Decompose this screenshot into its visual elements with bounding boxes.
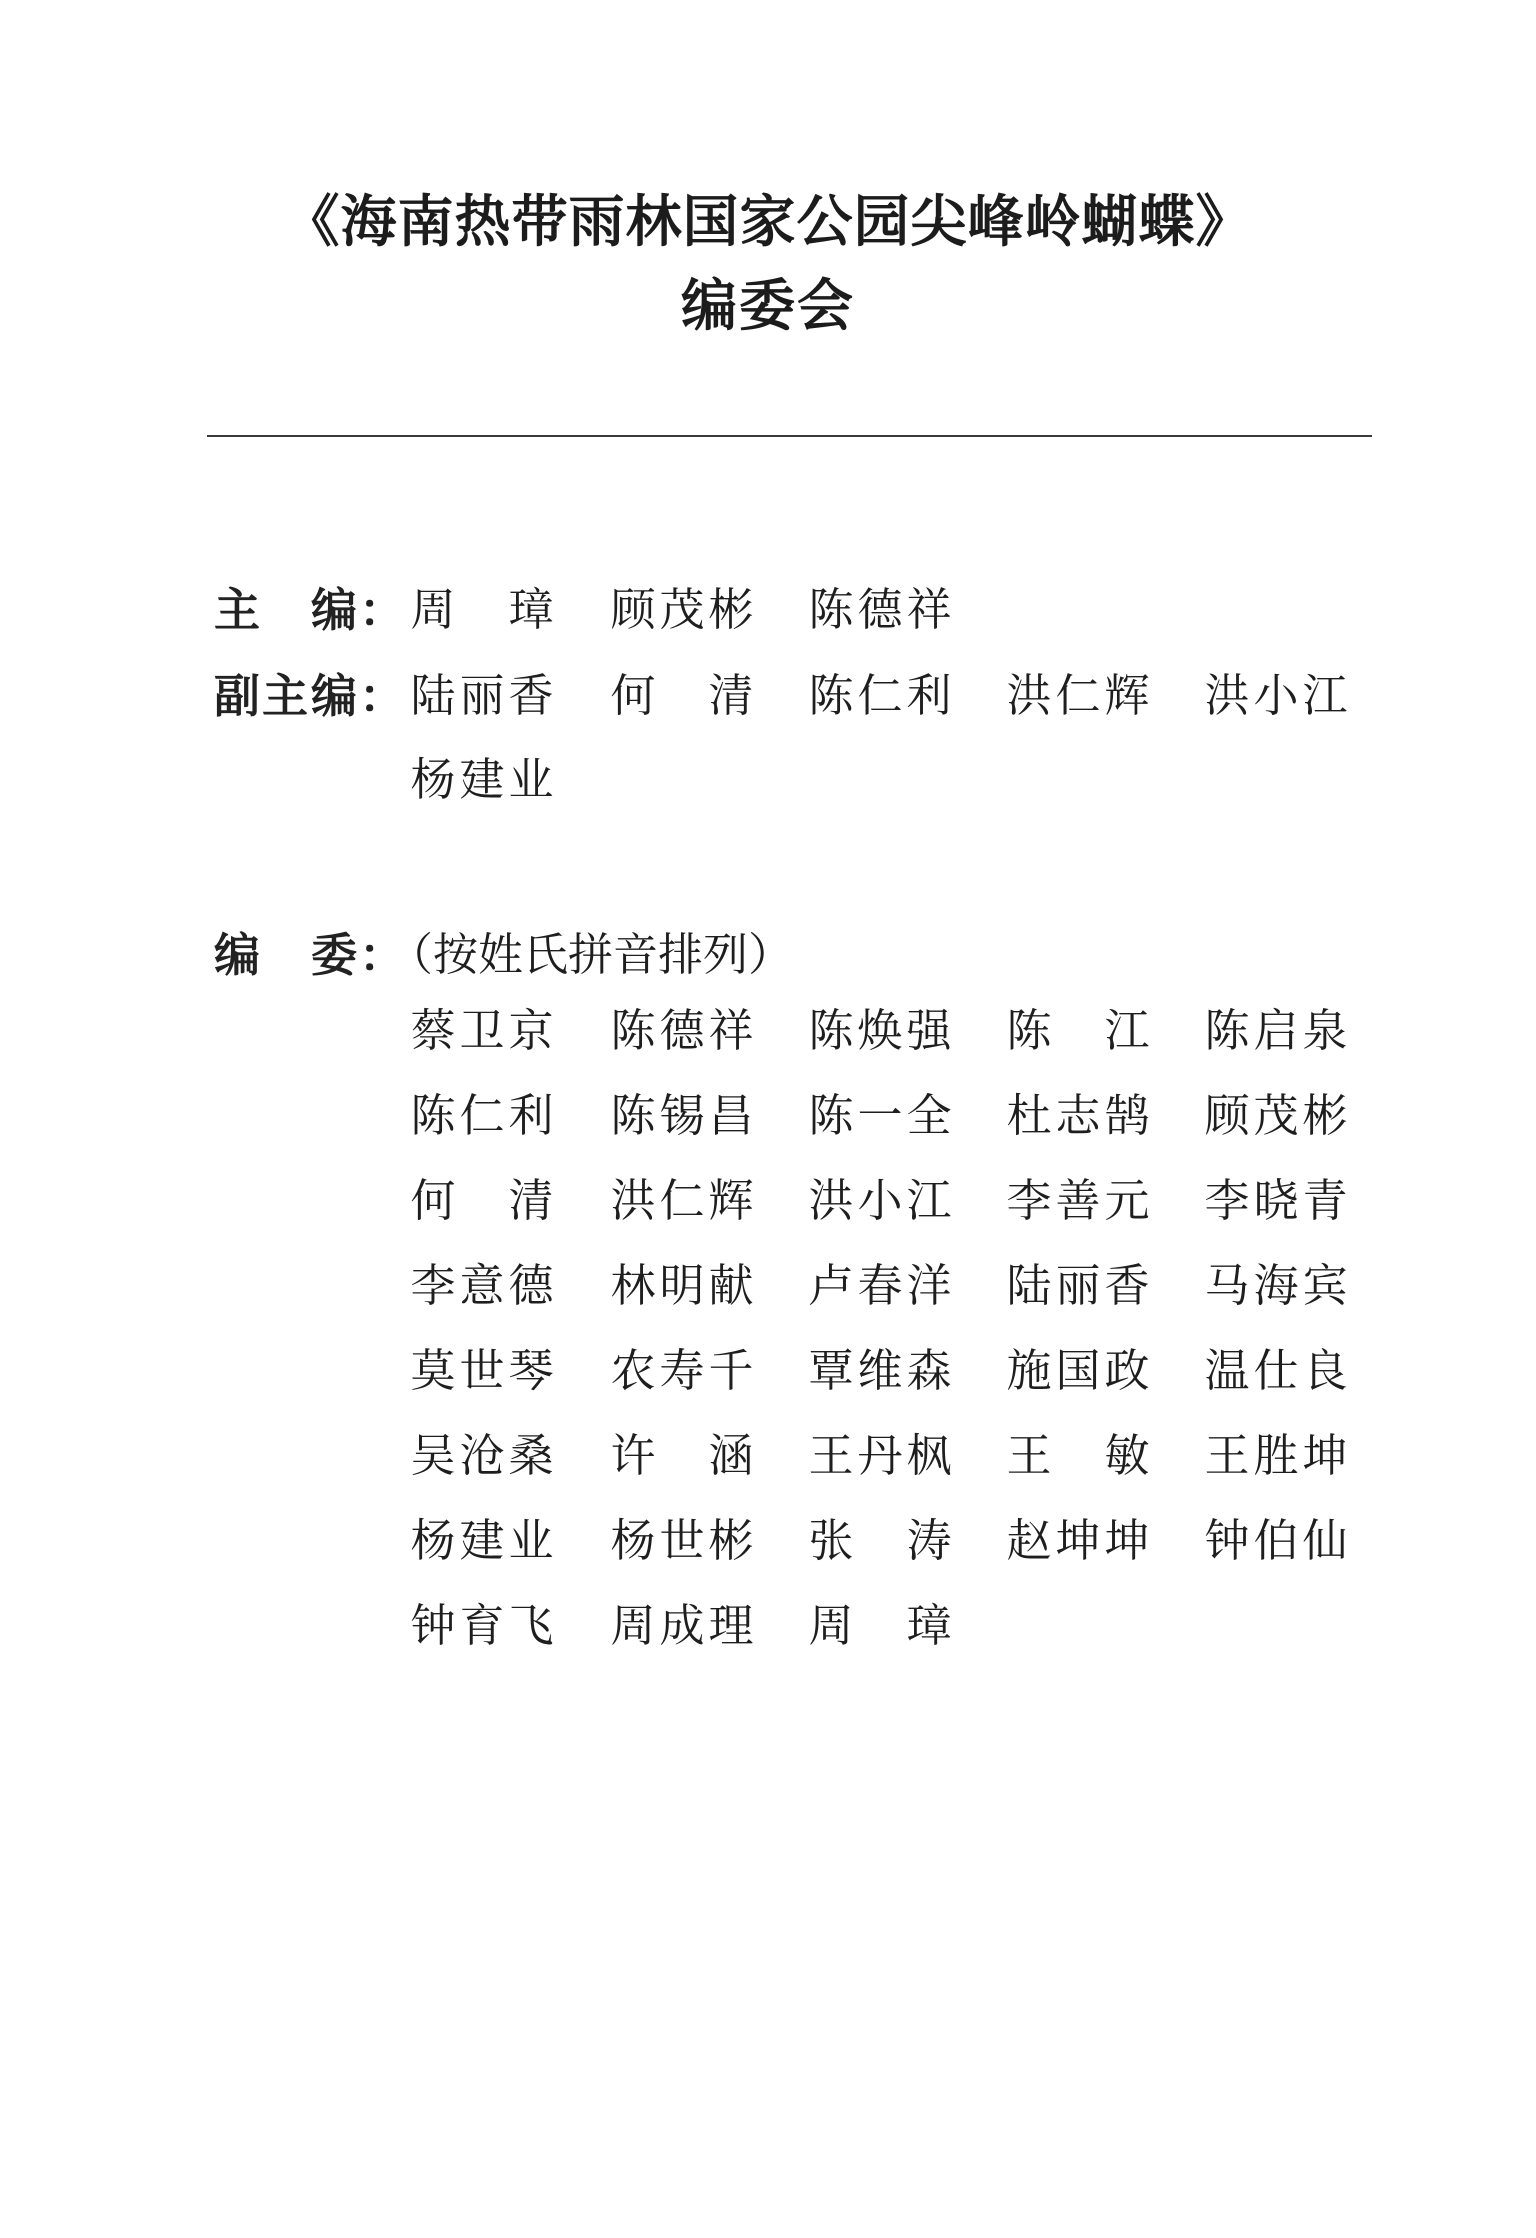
name-char: 沧: [458, 1428, 506, 1484]
name-char: 青: [1301, 1173, 1349, 1229]
name-char: 飞: [507, 1598, 555, 1654]
person-name: 洪仁辉: [609, 1173, 755, 1229]
person-name: 李晓青: [1203, 1173, 1349, 1229]
sort-order-note: （按姓氏拼音排列）: [388, 927, 793, 983]
name-char: 洪: [807, 1173, 855, 1229]
name-char: 政: [1103, 1343, 1151, 1399]
name-char: 仁: [1054, 668, 1102, 724]
label-char: 副: [213, 668, 261, 724]
label-char: 主: [213, 582, 261, 638]
name-char: 启: [1252, 1003, 1300, 1059]
name-char: 施: [1005, 1343, 1053, 1399]
name-char: 丹: [856, 1428, 904, 1484]
committee-members-label-row: 编委：（按姓氏拼音排列）: [0, 927, 1536, 983]
name-char: 锡: [658, 1088, 706, 1144]
name-char: 香: [1103, 1258, 1151, 1314]
person-name: 李善元: [1005, 1173, 1151, 1229]
name-char: 明: [658, 1258, 706, 1314]
name-char: 江: [1301, 668, 1349, 724]
person-name: 陈启泉: [1203, 1003, 1349, 1059]
person-name: 温仕良: [1203, 1343, 1349, 1399]
name-row: 杨建业: [0, 752, 1536, 808]
name-char: 杨: [409, 752, 457, 808]
person-name: 陆丽香: [1005, 1258, 1151, 1314]
person-name: 顾茂彬: [1203, 1088, 1349, 1144]
person-name: 覃维森: [807, 1343, 953, 1399]
chief-editors-label-row: 主编：周璋顾茂彬陈德祥: [0, 582, 1536, 638]
name-char: 陈: [409, 1088, 457, 1144]
person-name: 陈焕强: [807, 1003, 953, 1059]
label-char: 编: [213, 927, 261, 983]
name-char: 意: [458, 1258, 506, 1314]
name-char: 杜: [1005, 1088, 1053, 1144]
name-char: 周: [409, 582, 457, 638]
label-char: 编: [310, 582, 358, 638]
name-char: 茂: [1252, 1088, 1300, 1144]
name-char: 辉: [1103, 668, 1151, 724]
name-char: 世: [458, 1343, 506, 1399]
person-name: 周璋: [409, 582, 555, 638]
name-char: 杨: [409, 1513, 457, 1569]
person-name: 马海宾: [1203, 1258, 1349, 1314]
name-char: 利: [905, 668, 953, 724]
name-char: 坤: [1054, 1513, 1102, 1569]
name-char: 王: [807, 1428, 855, 1484]
name-char: 香: [507, 668, 555, 724]
person-name: 陈仁利: [409, 1088, 555, 1144]
name-char: 德: [658, 1003, 706, 1059]
name-char: 杨: [609, 1513, 657, 1569]
name-char: 李: [409, 1258, 457, 1314]
name-char: 京: [507, 1003, 555, 1059]
name-char: 世: [658, 1513, 706, 1569]
name-char: 鹄: [1103, 1088, 1151, 1144]
name-char: 洪: [1203, 668, 1251, 724]
person-name: 杜志鹄: [1005, 1088, 1151, 1144]
name-row: 李意德林明献卢春洋陆丽香马海宾: [0, 1258, 1536, 1314]
name-char: 洪: [1005, 668, 1053, 724]
name-char: 覃: [807, 1343, 855, 1399]
person-name: 洪小江: [807, 1173, 953, 1229]
name-char: 辉: [707, 1173, 755, 1229]
name-char: 仁: [658, 1173, 706, 1229]
name-char: 钟: [409, 1598, 457, 1654]
name-char: 坤: [1103, 1513, 1151, 1569]
name-char: 马: [1203, 1258, 1251, 1314]
name-char: 千: [707, 1343, 755, 1399]
name-char: 伯: [1252, 1513, 1300, 1569]
person-name: 莫世琴: [409, 1343, 555, 1399]
name-char: 成: [658, 1598, 706, 1654]
name-char: 农: [609, 1343, 657, 1399]
name-char: 善: [1054, 1173, 1102, 1229]
label-char: 编: [310, 668, 358, 724]
name-char: 彬: [1301, 1088, 1349, 1144]
person-name: 林明献: [609, 1258, 755, 1314]
label-colon: ：: [359, 927, 389, 983]
name-char: 祥: [905, 582, 953, 638]
name-char: 周: [609, 1598, 657, 1654]
name-char: 陈: [609, 1003, 657, 1059]
name-char: 仁: [458, 1088, 506, 1144]
name-char: 涵: [707, 1428, 755, 1484]
name-char: 理: [707, 1598, 755, 1654]
name-char: 丽: [1054, 1258, 1102, 1314]
name-char: 李: [1005, 1173, 1053, 1229]
name-row: 何清洪仁辉洪小江李善元李晓青: [0, 1173, 1536, 1229]
name-char: 德: [856, 582, 904, 638]
person-name: 陈德祥: [807, 582, 953, 638]
name-char: 江: [1103, 1003, 1151, 1059]
name-char: 璋: [905, 1598, 953, 1654]
person-name: 何清: [609, 668, 755, 724]
name-char: 全: [905, 1088, 953, 1144]
name-char: 仙: [1301, 1513, 1349, 1569]
name-char: 茂: [658, 582, 706, 638]
person-name: 杨建业: [409, 1513, 555, 1569]
name-char: 泉: [1301, 1003, 1349, 1059]
name-char: 清: [707, 668, 755, 724]
name-char: 祥: [707, 1003, 755, 1059]
person-name: 赵坤坤: [1005, 1513, 1151, 1569]
name-char: 王: [1005, 1428, 1053, 1484]
name-char: 敏: [1103, 1428, 1151, 1484]
name-char: 丽: [458, 668, 506, 724]
name-char: 业: [507, 752, 555, 808]
name-char: 良: [1301, 1343, 1349, 1399]
name-char: 海: [1252, 1258, 1300, 1314]
name-char: 周: [807, 1598, 855, 1654]
name-char: 建: [458, 1513, 506, 1569]
name-char: 桑: [507, 1428, 555, 1484]
name-char: 林: [609, 1258, 657, 1314]
name-char: 吴: [409, 1428, 457, 1484]
name-char: 仁: [856, 668, 904, 724]
name-char: 维: [856, 1343, 904, 1399]
name-char: 王: [1203, 1428, 1251, 1484]
name-row: 陈仁利陈锡昌陈一全杜志鹄顾茂彬: [0, 1088, 1536, 1144]
person-name: 杨世彬: [609, 1513, 755, 1569]
person-name: 顾茂彬: [609, 582, 755, 638]
name-char: 陈: [807, 1088, 855, 1144]
name-char: 利: [507, 1088, 555, 1144]
person-name: 施国政: [1005, 1343, 1151, 1399]
name-char: 蔡: [409, 1003, 457, 1059]
horizontal-divider: [207, 435, 1372, 437]
name-char: 陈: [1203, 1003, 1251, 1059]
name-char: 献: [707, 1258, 755, 1314]
person-name: 杨建业: [409, 752, 555, 808]
name-char: 璋: [507, 582, 555, 638]
name-char: 张: [807, 1513, 855, 1569]
name-char: 枫: [905, 1428, 953, 1484]
editorial-board-heading: 编委会: [0, 274, 1536, 338]
book-title: 《海南热带雨林国家公园尖峰岭蝴蝶》: [0, 190, 1536, 254]
name-row: 莫世琴农寿千覃维森施国政温仕良: [0, 1343, 1536, 1399]
name-char: 德: [507, 1258, 555, 1314]
name-char: 陈: [807, 1003, 855, 1059]
name-char: 顾: [609, 582, 657, 638]
name-char: 卫: [458, 1003, 506, 1059]
name-char: 卢: [807, 1258, 855, 1314]
name-char: 莫: [409, 1343, 457, 1399]
person-name: 卢春洋: [807, 1258, 953, 1314]
person-name: 陈仁利: [807, 668, 953, 724]
name-row: 杨建业杨世彬张涛赵坤坤钟伯仙: [0, 1513, 1536, 1569]
name-char: 仕: [1252, 1343, 1300, 1399]
person-name: 周成理: [609, 1598, 755, 1654]
name-char: 业: [507, 1513, 555, 1569]
name-char: 寿: [658, 1343, 706, 1399]
name-char: 许: [609, 1428, 657, 1484]
label-char: 委: [310, 927, 358, 983]
name-char: 志: [1054, 1088, 1102, 1144]
person-name: 许涵: [609, 1428, 755, 1484]
name-char: 何: [409, 1173, 457, 1229]
name-char: 坤: [1301, 1428, 1349, 1484]
name-char: 洋: [905, 1258, 953, 1314]
name-char: 强: [905, 1003, 953, 1059]
person-name: 钟育飞: [409, 1598, 555, 1654]
person-name: 王敏: [1005, 1428, 1151, 1484]
name-char: 晓: [1252, 1173, 1300, 1229]
label-colon: ：: [359, 668, 389, 724]
name-char: 元: [1103, 1173, 1151, 1229]
person-name: 陈德祥: [609, 1003, 755, 1059]
name-char: 陆: [1005, 1258, 1053, 1314]
name-char: 陈: [807, 668, 855, 724]
name-char: 昌: [707, 1088, 755, 1144]
person-name: 陈一全: [807, 1088, 953, 1144]
name-char: 江: [905, 1173, 953, 1229]
person-name: 张涛: [807, 1513, 953, 1569]
name-char: 琴: [507, 1343, 555, 1399]
person-name: 农寿千: [609, 1343, 755, 1399]
name-char: 小: [1252, 668, 1300, 724]
deputy-chief-editors-label-row: 副主编：陆丽香何清陈仁利洪仁辉洪小江: [0, 668, 1536, 724]
name-char: 一: [856, 1088, 904, 1144]
name-char: 洪: [609, 1173, 657, 1229]
name-char: 彬: [707, 582, 755, 638]
name-char: 清: [507, 1173, 555, 1229]
name-char: 春: [856, 1258, 904, 1314]
name-char: 涛: [905, 1513, 953, 1569]
name-char: 国: [1054, 1343, 1102, 1399]
person-name: 洪仁辉: [1005, 668, 1151, 724]
name-char: 陈: [1005, 1003, 1053, 1059]
person-name: 周璋: [807, 1598, 953, 1654]
person-name: 陆丽香: [409, 668, 555, 724]
person-name: 李意德: [409, 1258, 555, 1314]
name-char: 森: [905, 1343, 953, 1399]
name-char: 陈: [807, 582, 855, 638]
name-char: 陈: [609, 1088, 657, 1144]
label-colon: ：: [359, 582, 389, 638]
name-char: 育: [458, 1598, 506, 1654]
name-row: 钟育飞周成理周璋: [0, 1598, 1536, 1654]
label-char: 主: [261, 668, 309, 724]
person-name: 王胜坤: [1203, 1428, 1349, 1484]
name-char: 陆: [409, 668, 457, 724]
name-char: 焕: [856, 1003, 904, 1059]
name-char: 何: [609, 668, 657, 724]
name-char: 宾: [1301, 1258, 1349, 1314]
name-char: 温: [1203, 1343, 1251, 1399]
person-name: 何清: [409, 1173, 555, 1229]
name-char: 钟: [1203, 1513, 1251, 1569]
person-name: 蔡卫京: [409, 1003, 555, 1059]
person-name: 洪小江: [1203, 668, 1349, 724]
person-name: 王丹枫: [807, 1428, 953, 1484]
name-row: 吴沧桑许涵王丹枫王敏王胜坤: [0, 1428, 1536, 1484]
person-name: 吴沧桑: [409, 1428, 555, 1484]
name-char: 顾: [1203, 1088, 1251, 1144]
name-char: 胜: [1252, 1428, 1300, 1484]
person-name: 钟伯仙: [1203, 1513, 1349, 1569]
name-row: 蔡卫京陈德祥陈焕强陈江陈启泉: [0, 1003, 1536, 1059]
name-char: 赵: [1005, 1513, 1053, 1569]
name-char: 建: [458, 752, 506, 808]
name-char: 李: [1203, 1173, 1251, 1229]
person-name: 陈锡昌: [609, 1088, 755, 1144]
name-char: 彬: [707, 1513, 755, 1569]
name-char: 小: [856, 1173, 904, 1229]
person-name: 陈江: [1005, 1003, 1151, 1059]
